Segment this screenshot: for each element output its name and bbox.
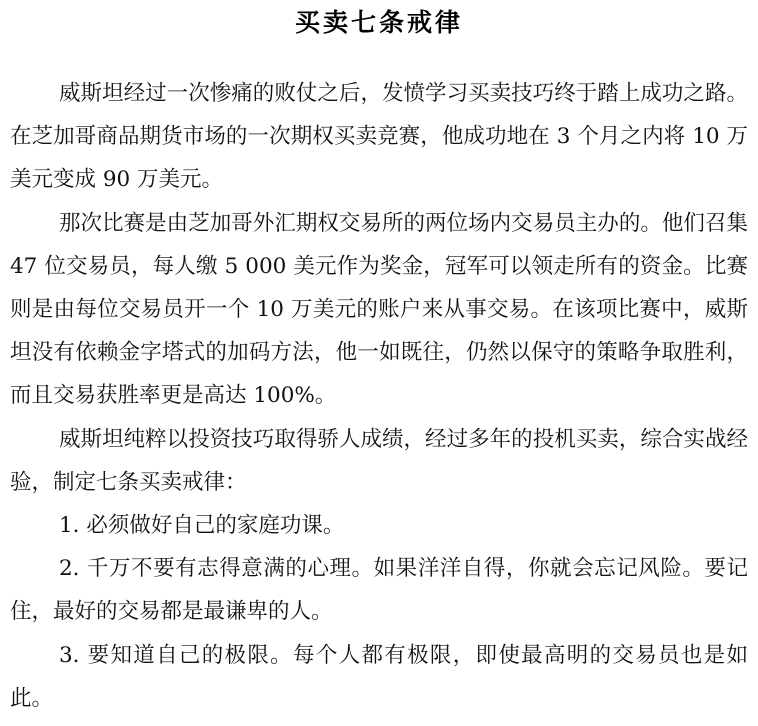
rule-item-1: 1. 必须做好自己的家庭功课。: [10, 504, 748, 547]
rule-item-3: 3. 要知道自己的极限。每个人都有极限，即使最高明的交易员也是如此。: [10, 634, 748, 720]
paragraph-competition: 那次比赛是由芝加哥外汇期权交易所的两位场内交易员主办的。他们召集 47 位交易员…: [10, 202, 748, 418]
paragraph-intro: 威斯坦经过一次惨痛的败仗之后，发愤学习买卖技巧终于踏上成功之路。在芝加哥商品期货…: [10, 72, 748, 202]
rule-item-2: 2. 千万不要有志得意满的心理。如果洋洋自得，你就会忘记风险。要记住，最好的交易…: [10, 547, 748, 633]
paragraph-rules-intro: 威斯坦纯粹以投资技巧取得骄人成绩，经过多年的投机买卖，综合实战经验，制定七条买卖…: [10, 418, 748, 504]
page-title: 买卖七条戒律: [0, 6, 758, 40]
body-text: 威斯坦经过一次惨痛的败仗之后，发愤学习买卖技巧终于踏上成功之路。在芝加哥商品期货…: [10, 72, 748, 720]
